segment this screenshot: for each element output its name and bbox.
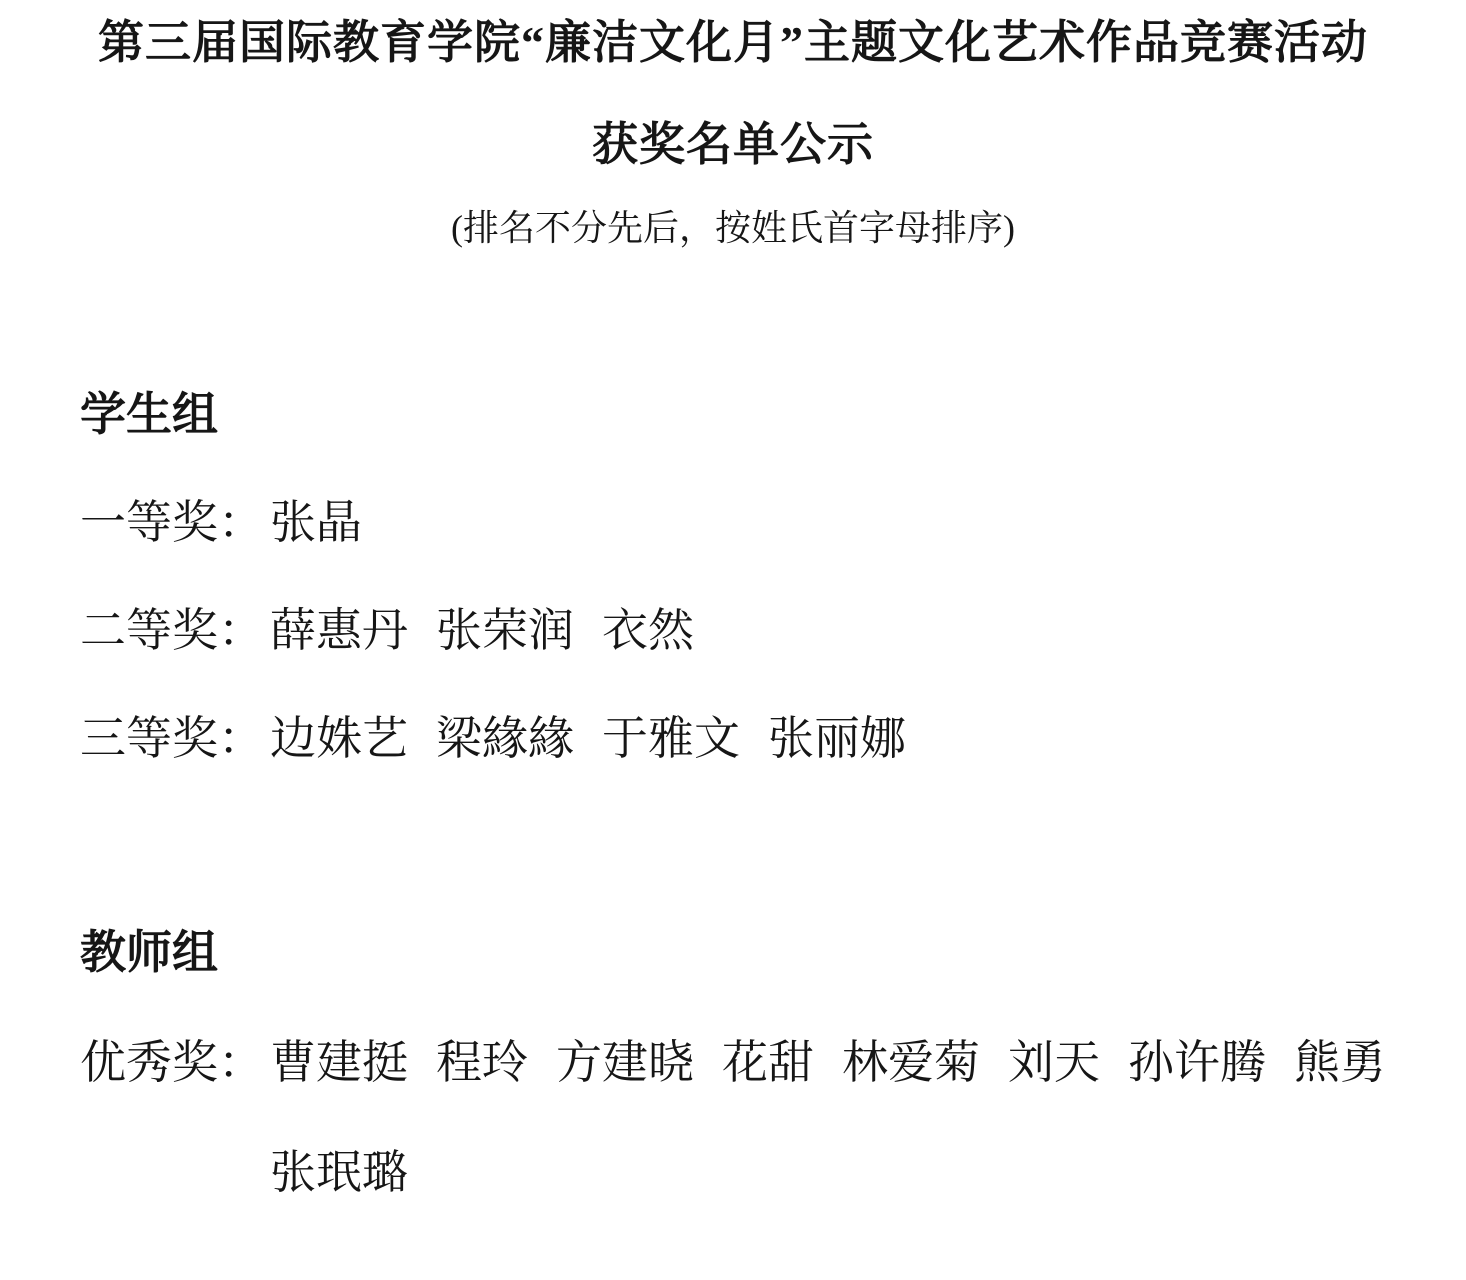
awardee-name: 张晶: [270, 500, 362, 546]
award-label-excellence-prize: 优秀奖：: [80, 1040, 270, 1086]
award-label-first-prize: 一等奖：: [80, 500, 270, 546]
section-heading-teacher-group: 教师组: [80, 930, 1426, 976]
award-label-second-prize: 二等奖：: [80, 608, 270, 654]
award-names-third-prize: 边姝艺梁緣緣于雅文张丽娜: [270, 716, 1426, 762]
document-page: 第三届国际教育学院“廉洁文化月”主题文化艺术作品竞赛活动 获奖名单公示 (排名不…: [0, 0, 1466, 1280]
awardee-name: 梁緣緣: [436, 716, 574, 762]
document-title-line1: 第三届国际教育学院“廉洁文化月”主题文化艺术作品竞赛活动: [0, 20, 1466, 66]
document-subtitle: (排名不分先后，按姓氏首字母排序): [0, 210, 1466, 246]
award-label-third-prize: 三等奖：: [80, 716, 270, 762]
document-title-line2: 获奖名单公示: [0, 122, 1466, 168]
awardee-name: 孙许腾: [1128, 1040, 1266, 1086]
section-student-group: 学生组 一等奖： 张晶 二等奖： 薛惠丹张荣润衣然 三等奖： 边姝艺梁緣緣于雅文…: [80, 392, 1426, 762]
document-body: 学生组 一等奖： 张晶 二等奖： 薛惠丹张荣润衣然 三等奖： 边姝艺梁緣緣于雅文…: [0, 392, 1466, 1196]
award-names-first-prize: 张晶: [270, 500, 1426, 546]
award-row-first-prize: 一等奖： 张晶: [80, 500, 1426, 546]
awardee-name: 方建晓: [556, 1040, 694, 1086]
awardee-name: 薛惠丹: [270, 608, 408, 654]
awardee-name: 张荣润: [436, 608, 574, 654]
awardee-name: 花甜: [722, 1040, 814, 1086]
awardee-name: 曹建挺: [270, 1040, 408, 1086]
awardee-name: 边姝艺: [270, 716, 408, 762]
awardee-name: 张珉璐: [270, 1150, 408, 1196]
award-names-excellence-prize: 曹建挺程玲方建晓花甜林爱菊刘天孙许腾熊勇张珉璐: [270, 1040, 1426, 1196]
section-heading-student-group: 学生组: [80, 392, 1426, 438]
awardee-name: 于雅文: [602, 716, 740, 762]
award-names-second-prize: 薛惠丹张荣润衣然: [270, 608, 1426, 654]
awardee-name: 熊勇: [1294, 1040, 1386, 1086]
award-row-second-prize: 二等奖： 薛惠丹张荣润衣然: [80, 608, 1426, 654]
awardee-name: 刘天: [1008, 1040, 1100, 1086]
award-row-third-prize: 三等奖： 边姝艺梁緣緣于雅文张丽娜: [80, 716, 1426, 762]
awardee-name: 张丽娜: [768, 716, 906, 762]
section-teacher-group: 教师组 优秀奖： 曹建挺程玲方建晓花甜林爱菊刘天孙许腾熊勇张珉璐: [80, 930, 1426, 1196]
award-row-excellence-prize: 优秀奖： 曹建挺程玲方建晓花甜林爱菊刘天孙许腾熊勇张珉璐: [80, 1040, 1426, 1196]
awardee-name: 程玲: [436, 1040, 528, 1086]
awardee-name: 衣然: [602, 608, 694, 654]
awardee-name: 林爱菊: [842, 1040, 980, 1086]
